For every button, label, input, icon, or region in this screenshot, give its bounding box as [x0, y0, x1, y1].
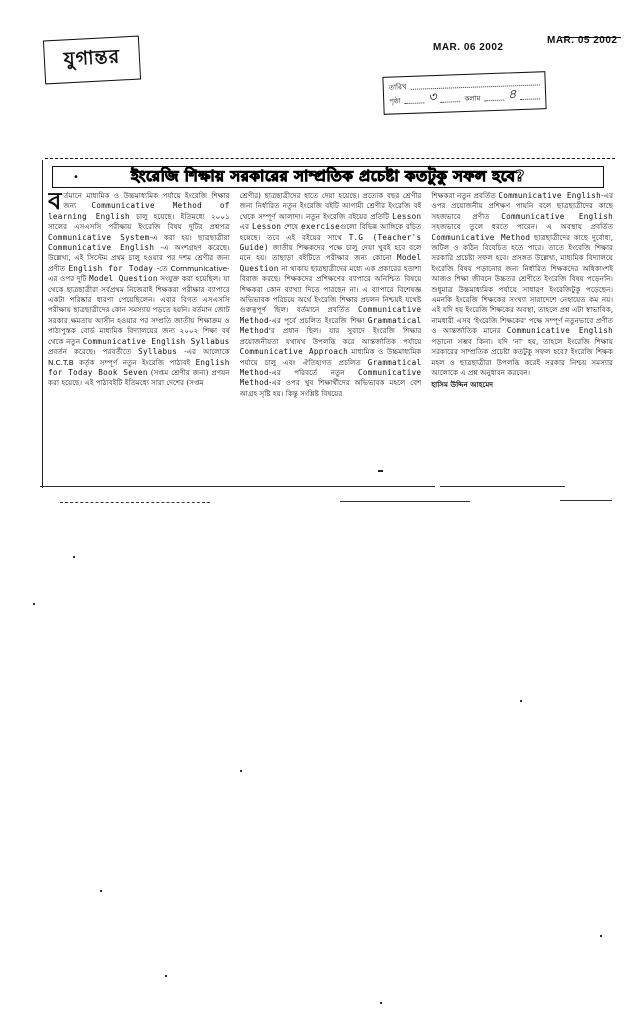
english-term: Communicative English: [48, 243, 154, 252]
english-term: exercise: [301, 222, 340, 231]
english-term: Communicative System: [48, 233, 149, 242]
english-term: Model Question: [89, 274, 158, 283]
reference-column-value: ৪: [508, 90, 517, 104]
reference-page-label: পৃষ্ঠা: [389, 94, 401, 108]
reference-page-value: ৩: [428, 93, 437, 107]
body-text: শেষে: [281, 222, 301, 231]
scan-speck: [380, 1002, 382, 1004]
english-term: Communicative English: [498, 191, 601, 200]
reference-stamp-box: তারিখ পৃষ্ঠা ৩ কলাম ৪: [382, 71, 546, 115]
english-term: Communicative English: [501, 212, 613, 221]
received-date-stamp-secondary: MAR. 05 2002: [547, 35, 617, 46]
body-text: ছাত্রছাত্রীদের কাছে দুর্বোধ্য, জটিল ও কঠ…: [431, 233, 613, 336]
english-term: Communicative Approach: [240, 347, 348, 356]
body-text: -এর পূর্বে প্রচলিত ইংরেজি শিক্ষা: [269, 316, 368, 325]
body-text: সহজভাবে তুলে ধরতে পারেন। এ অবস্থায় প্রব…: [431, 222, 613, 231]
english-term: Lesson: [392, 212, 421, 221]
bullet-mark: •: [73, 172, 79, 183]
headline-box: • ইংরেজি শিক্ষায় সরকারের সাম্প্রতিক প্র…: [52, 166, 604, 188]
english-term: English for Today: [68, 264, 153, 273]
article-body: বর্তমানে মাধ্যমিক ও উচ্চমাধ্যমিক পর্যায়…: [48, 191, 613, 459]
scan-speck: [520, 700, 522, 702]
reference-date-label: তারিখ: [389, 80, 407, 95]
body-text: শিক্ষকরা নতুন প্রবর্তিত: [431, 191, 498, 200]
english-term: Lesson: [252, 222, 281, 231]
scan-speck: [240, 770, 242, 772]
scan-speck: [100, 890, 102, 892]
english-term: Communicative Method: [431, 233, 530, 242]
dotted-line: [440, 92, 460, 103]
body-text: -এ করা হয়। ছাত্রছাত্রীরা: [149, 233, 229, 242]
article-column-2: শ্রেণীর) ছাত্রছাত্রীদের হাতে দেয়া হয়েছ…: [240, 191, 422, 459]
clipping-bottom-edge: [440, 486, 565, 487]
scan-mark: [378, 470, 383, 472]
article-byline: হাসিম উদ্দিন আহমেদ: [431, 380, 613, 390]
dotted-line: [404, 93, 424, 104]
article-headline: ইংরেজি শিক্ষায় সরকারের সাম্প্রতিক প্রচে…: [131, 165, 525, 190]
scan-line: [560, 500, 612, 501]
body-text: -এর পরিবর্তে নতুন: [269, 368, 358, 377]
scan-line: [340, 501, 470, 502]
drop-cap: ব: [48, 191, 61, 211]
scan-dashed-line: [60, 502, 210, 503]
body-text: এর: [240, 222, 252, 231]
dotted-line: [410, 75, 540, 90]
newspaper-name-stamp: যুগান্তর: [43, 36, 141, 85]
dotted-line: [484, 91, 504, 102]
article-column-1: বর্তমানে মাধ্যমিক ও উচ্চমাধ্যমিক পর্যায়…: [48, 191, 230, 459]
body-text: প্রবর্তন করেছে। পরবর্তীতে: [48, 347, 138, 356]
body-text: পড়ানো সম্ভব কিনা। যদি 'না' হয়, তাহলে ই…: [431, 337, 613, 377]
body-text: সংযুক্ত করা হয়েছিল। যা থেকে ছাত্রছাত্রী…: [48, 274, 230, 345]
scan-speck: [165, 975, 167, 977]
clipping-top-edge: [45, 158, 615, 159]
reference-column-label: কলাম: [464, 91, 481, 106]
scan-speck: [600, 935, 602, 937]
english-term: Communicative English Syllabus: [83, 337, 230, 346]
article-column-3: শিক্ষকরা নতুন প্রবর্তিত Communicative En…: [431, 191, 613, 459]
scan-speck: [73, 556, 75, 558]
clipping-bottom-edge: [40, 486, 435, 487]
received-date-stamp: MAR. 06 2002: [433, 42, 503, 53]
english-term: Syllabus: [138, 347, 177, 356]
english-term: Communicative English: [507, 326, 613, 335]
scan-speck: [33, 603, 35, 605]
dotted-line: [520, 89, 540, 100]
